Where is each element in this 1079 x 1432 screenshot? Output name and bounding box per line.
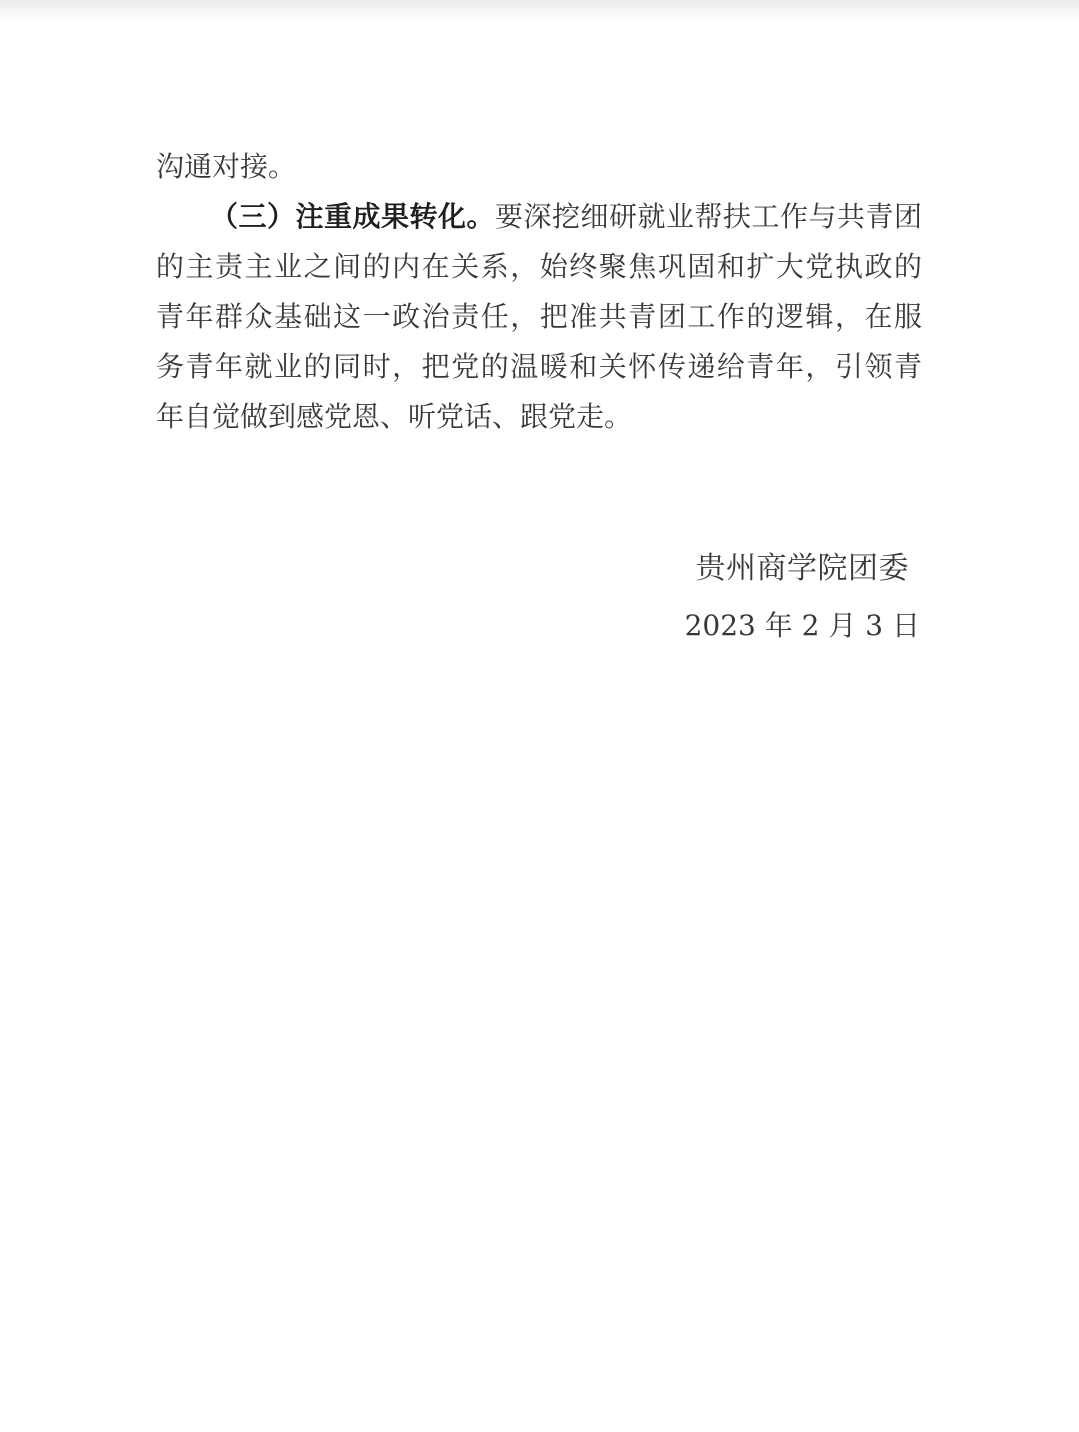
page-top-edge-shadow xyxy=(0,0,1079,22)
signature-organization: 贵州商学院团委 xyxy=(685,540,920,597)
paragraph-closing-line: 沟通对接。 xyxy=(156,142,922,192)
section-heading: （三）注重成果转化。 xyxy=(210,200,495,233)
document-text-block: 沟通对接。 （三）注重成果转化。要深挖细研就业帮扶工作与共青团 的主责主业之间的… xyxy=(156,142,922,442)
section-heading-line: （三）注重成果转化。要深挖细研就业帮扶工作与共青团 xyxy=(156,192,922,242)
signature-date: 2023 年 2 月 3 日 xyxy=(685,597,920,654)
section-body-line-2: 的主责主业之间的内在关系，始终聚焦巩固和扩大党执政的 xyxy=(156,242,922,292)
signature-block: 贵州商学院团委 2023 年 2 月 3 日 xyxy=(685,540,920,654)
section-body-line-1: 要深挖细研就业帮扶工作与共青团 xyxy=(495,200,922,233)
document-page: { "page": { "background": "#ffffff", "to… xyxy=(0,0,1079,1432)
section-body-line-5: 年自觉做到感党恩、听党话、跟党走。 xyxy=(156,392,922,442)
section-body-line-3: 青年群众基础这一政治责任，把准共青团工作的逻辑，在服 xyxy=(156,292,922,342)
section-body-line-4: 务青年就业的同时，把党的温暖和关怀传递给青年，引领青 xyxy=(156,342,922,392)
